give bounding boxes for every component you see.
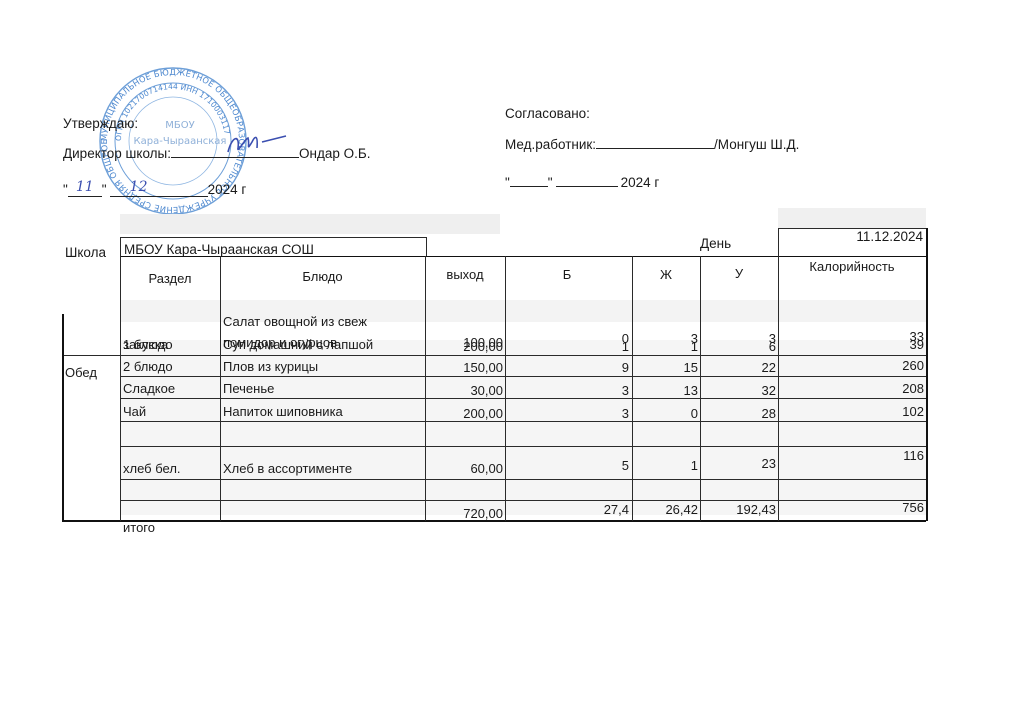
cell-dish: Плов из курицы bbox=[223, 359, 423, 374]
cell-yield: 30,00 bbox=[425, 383, 503, 398]
cell-yield: 150,00 bbox=[425, 360, 503, 375]
school-label: Школа bbox=[65, 245, 106, 260]
cell-yield: 720,00 bbox=[425, 506, 503, 521]
school-name: МБОУ Кара-Чыраанская СОШ bbox=[124, 242, 314, 257]
cell-protein: 5 bbox=[505, 458, 629, 473]
cell-fat: 26,42 bbox=[632, 502, 698, 517]
col-header-section: Раздел bbox=[120, 271, 220, 286]
cell-protein: 1 bbox=[505, 339, 629, 354]
agreement-day-field bbox=[510, 172, 548, 187]
cell-yield: 200,00 bbox=[425, 406, 503, 421]
medic-line: Мед.работник:/Монгуш Ш.Д. bbox=[505, 134, 799, 152]
approval-date-line: "11"122024 г bbox=[63, 182, 246, 197]
cell-calories: 208 bbox=[778, 381, 924, 396]
cell-dish: Печенье bbox=[223, 381, 423, 396]
cell-carbs: 6 bbox=[700, 339, 776, 354]
cell-fat: 15 bbox=[632, 360, 698, 375]
cell-section: хлеб бел. bbox=[123, 461, 219, 476]
agreement-month-field bbox=[556, 172, 618, 187]
cell-dish: Салат овощной из свеж bbox=[223, 314, 423, 329]
approval-day-field: 11 bbox=[68, 182, 102, 197]
cell-fat: 13 bbox=[632, 383, 698, 398]
cell-calories: 102 bbox=[778, 404, 924, 419]
cell-section: 2 блюдо bbox=[123, 359, 219, 374]
approve-label: Утверждаю: bbox=[63, 116, 138, 131]
day-label: День bbox=[700, 236, 731, 251]
cell-protein: 3 bbox=[505, 406, 629, 421]
medic-signature-line bbox=[596, 134, 714, 149]
cell-protein: 3 bbox=[505, 383, 629, 398]
cell-fat: 1 bbox=[632, 339, 698, 354]
cell-protein: 9 bbox=[505, 360, 629, 375]
cell-fat: 1 bbox=[632, 458, 698, 473]
director-name: Ондар О.Б. bbox=[299, 146, 370, 161]
director-label: Директор школы: bbox=[63, 146, 171, 161]
meal-label: Обед bbox=[65, 365, 97, 380]
cell-calories: 260 bbox=[778, 358, 924, 373]
col-header-calories: Калорийность bbox=[778, 259, 926, 274]
approval-month-field: 12 bbox=[110, 182, 208, 197]
cell-carbs: 23 bbox=[700, 456, 776, 471]
cell-calories: 756 bbox=[778, 500, 924, 515]
col-header-fat: Ж bbox=[632, 267, 700, 282]
cell-carbs: 22 bbox=[700, 360, 776, 375]
cell-carbs: 32 bbox=[700, 383, 776, 398]
director-line: Директор школы:Ондар О.Б. bbox=[63, 143, 370, 161]
cell-calories: 116 bbox=[778, 448, 924, 463]
approval-year: 2024 г bbox=[208, 182, 247, 197]
cell-section: 1 блюдо bbox=[123, 337, 219, 352]
cell-dish: Напиток шиповника bbox=[223, 404, 423, 419]
col-header-yield: выход bbox=[425, 267, 505, 282]
agreement-date-line: ""2024 г bbox=[505, 172, 659, 190]
stamp-center-line1: МБОУ bbox=[165, 120, 194, 131]
director-signature bbox=[222, 130, 292, 158]
cell-dish: Хлеб в ассортименте bbox=[223, 461, 423, 476]
col-header-protein: Б bbox=[502, 267, 632, 282]
col-header-carbs: У bbox=[700, 266, 778, 281]
cell-carbs: 192,43 bbox=[700, 502, 776, 517]
cell-section: Сладкое bbox=[123, 381, 219, 396]
cell-yield: 200,00 bbox=[425, 339, 503, 354]
cell-calories: 39 bbox=[778, 337, 924, 352]
cell-section: итого bbox=[123, 520, 219, 535]
medic-name: /Монгуш Ш.Д. bbox=[714, 137, 799, 152]
approval-month: 12 bbox=[130, 179, 148, 195]
cell-protein: 27,4 bbox=[505, 502, 629, 517]
agreed-label: Согласовано: bbox=[505, 106, 590, 121]
cell-yield: 60,00 bbox=[425, 461, 503, 476]
medic-label: Мед.работник: bbox=[505, 137, 596, 152]
agreement-year: 2024 г bbox=[621, 175, 660, 190]
cell-carbs: 28 bbox=[700, 406, 776, 421]
cell-dish: Суп домашний с лапшой bbox=[223, 337, 423, 352]
menu-date: 11.12.2024 bbox=[780, 229, 923, 244]
quote-close: " bbox=[102, 182, 107, 197]
quote-close: " bbox=[548, 175, 553, 190]
cell-fat: 0 bbox=[632, 406, 698, 421]
approval-day: 11 bbox=[76, 179, 94, 195]
cell-section: Чай bbox=[123, 404, 219, 419]
col-header-dish: Блюдо bbox=[220, 269, 425, 284]
